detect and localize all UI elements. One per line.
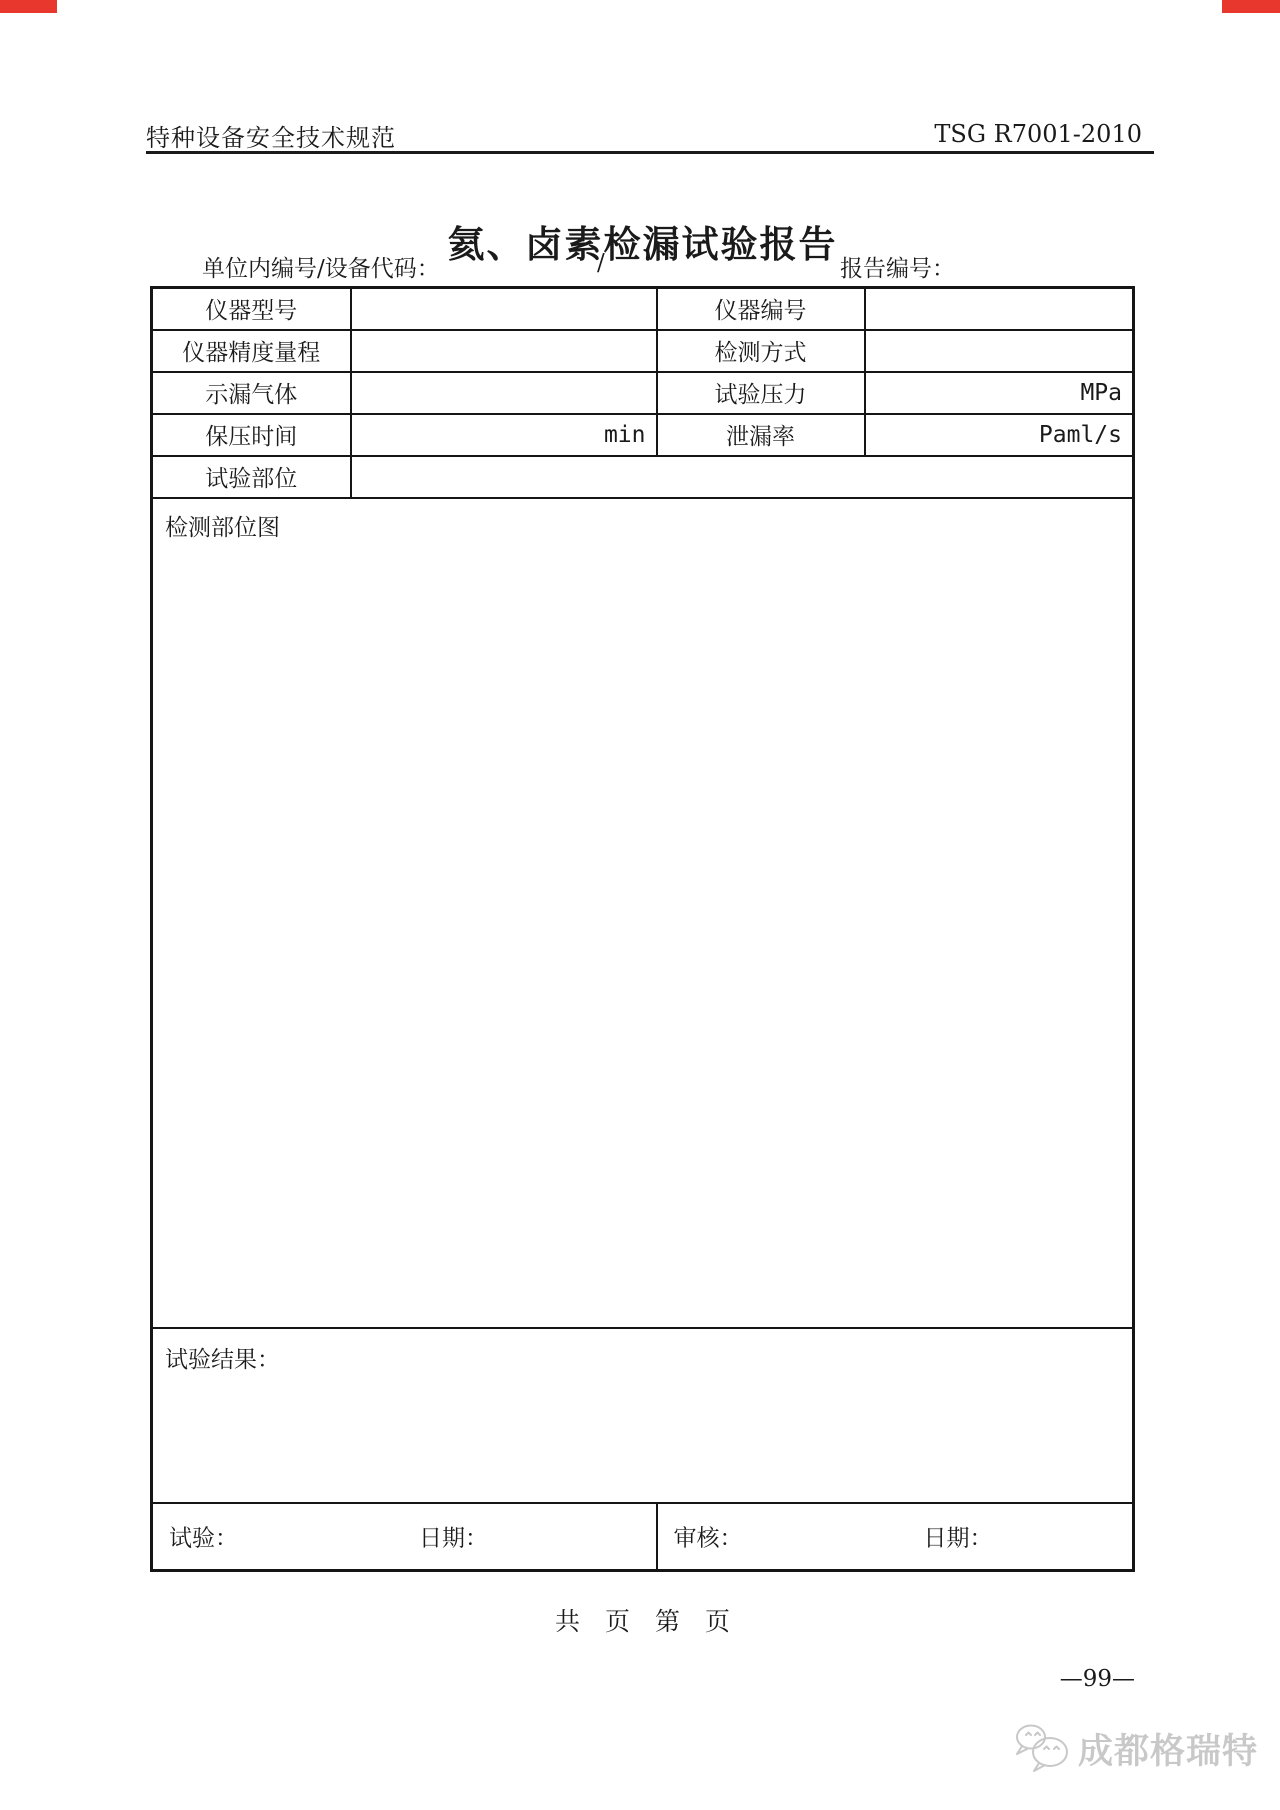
report-form-table: 仪器型号 仪器编号 仪器精度量程 检测方式 示漏气体 试验压力 MPa 保压时间… xyxy=(150,286,1135,1572)
label-tester: 试验： xyxy=(169,1520,238,1553)
label-leak-rate: 泄漏率 xyxy=(657,414,865,456)
table-row-signature: 试验： 日期： 审核： 日期： xyxy=(152,1503,1134,1571)
value-detection-method xyxy=(865,330,1134,372)
table-row: 保压时间 min 泄漏率 Paml/s xyxy=(152,414,1134,456)
label-instrument-model: 仪器型号 xyxy=(152,288,351,330)
page-number: —99— xyxy=(150,1666,1135,1692)
value-instrument-precision-range xyxy=(351,330,657,372)
label-tester-date: 日期： xyxy=(419,1520,488,1553)
red-corner-mark-left xyxy=(0,0,57,13)
sign-cell-reviewer: 审核： 日期： xyxy=(657,1503,1134,1571)
table-row: 试验部位 xyxy=(152,456,1134,498)
label-reviewer: 审核： xyxy=(674,1520,743,1553)
footer-page-count: 共 页 第 页 xyxy=(150,1602,1135,1638)
value-test-part xyxy=(351,456,1134,498)
meta-row: 单位内编号/设备代码： / 报告编号： xyxy=(150,250,1135,284)
label-test-result: 试验结果： xyxy=(165,1347,280,1373)
document-page: 特种设备安全技术规范 TSG R7001-2010 氦、卤素检漏试验报告 单位内… xyxy=(0,0,1280,1810)
label-instrument-number: 仪器编号 xyxy=(657,288,865,330)
label-test-pressure: 试验压力 xyxy=(657,372,865,414)
label-test-part: 试验部位 xyxy=(152,456,351,498)
red-corner-mark-right xyxy=(1222,0,1280,13)
watermark-text: 成都格瑞特 xyxy=(1078,1724,1258,1774)
watermark: 成都格瑞特 xyxy=(1014,1722,1258,1776)
label-holding-time: 保压时间 xyxy=(152,414,351,456)
table-row: 示漏气体 试验压力 MPa xyxy=(152,372,1134,414)
label-reviewer-date: 日期： xyxy=(924,1520,993,1553)
label-tracer-gas: 示漏气体 xyxy=(152,372,351,414)
label-detection-part-diagram: 检测部位图 xyxy=(165,515,280,541)
label-instrument-precision-range: 仪器精度量程 xyxy=(152,330,351,372)
unit-code-label: 单位内编号/设备代码： xyxy=(202,250,440,283)
value-instrument-number xyxy=(865,288,1134,330)
report-number-label: 报告编号： xyxy=(840,250,955,283)
value-instrument-model xyxy=(351,288,657,330)
table-row-result: 试验结果： xyxy=(152,1328,1134,1503)
slash-separator: / xyxy=(597,250,605,276)
wechat-icon xyxy=(1014,1722,1070,1776)
table-row: 仪器精度量程 检测方式 xyxy=(152,330,1134,372)
value-leak-rate-unit: Paml/s xyxy=(865,414,1134,456)
value-tracer-gas xyxy=(351,372,657,414)
label-detection-method: 检测方式 xyxy=(657,330,865,372)
report-form: 仪器型号 仪器编号 仪器精度量程 检测方式 示漏气体 试验压力 MPa 保压时间… xyxy=(150,286,1135,1572)
value-holding-time-unit-min: min xyxy=(351,414,657,456)
value-test-pressure-unit-mpa: MPa xyxy=(865,372,1134,414)
result-area: 试验结果： xyxy=(152,1328,1134,1503)
header-standard-name: 特种设备安全技术规范 xyxy=(146,118,396,153)
diagram-area: 检测部位图 xyxy=(152,498,1134,1328)
header-standard-code: TSG R7001-2010 xyxy=(934,120,1142,148)
table-row-diagram: 检测部位图 xyxy=(152,498,1134,1328)
table-row: 仪器型号 仪器编号 xyxy=(152,288,1134,330)
header-divider-rule xyxy=(146,151,1154,154)
sign-cell-tester: 试验： 日期： xyxy=(152,1503,657,1571)
